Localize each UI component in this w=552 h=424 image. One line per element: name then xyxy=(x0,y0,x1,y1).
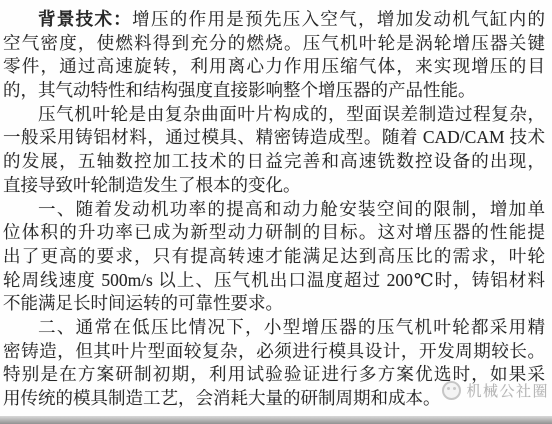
text-line: 的发展，五轴数控加工技术的日益完善和高速铣数控设备的出现， xyxy=(3,150,545,174)
text-line: 零件，通过高速旋转，利用离心力作用压缩气体，来实现增压的目 xyxy=(3,55,545,79)
section-heading: 背景技术： xyxy=(38,9,132,29)
text-line: 轮周线速度 500m/s 以上、压气机出口温度超过 200℃时，铸铝材料 xyxy=(3,269,545,293)
text-line: 直接导致叶轮制造发生了根本的变化。 xyxy=(3,174,545,198)
text-line: 压气机叶轮是由复杂曲面叶片构成的，型面误差制造过程复杂， xyxy=(3,103,545,127)
watermark-label: 机械公社圈 xyxy=(466,380,549,401)
text-line: 位体积的升功率已成为新型动力研制的目标。这对增压器的性能提 xyxy=(3,221,545,245)
text-line: 密铸造，但其叶片型面较复杂，必须进行模具设计，开发周期较长。 xyxy=(3,340,545,364)
document-body-text: 背景技术：增压的作用是预先压入空气，增加发动机气缸内的空气密度，使燃料得到充分的… xyxy=(3,8,545,411)
watermark-logo-icon xyxy=(442,381,461,400)
watermark: 机械公社圈 xyxy=(442,380,549,401)
text-line: 不能满足长时间运转的可靠性要求。 xyxy=(3,292,545,316)
text-line: 出了更高的要求，只有提高转速才能满足达到高压比的需求，叶轮 xyxy=(3,245,545,269)
text-line: 空气密度，使燃料得到充分的燃烧。压气机叶轮是涡轮增压器关键 xyxy=(3,32,545,56)
text-line: 一般采用铸铝材料，通过模具、精密铸造成型。随着 CAD/CAM 技术 xyxy=(3,126,545,150)
text-line: 背景技术：增压的作用是预先压入空气，增加发动机气缸内的 xyxy=(3,8,545,32)
page-bottom-edge xyxy=(0,416,552,424)
text-line: 二、通常在低压比情况下，小型增压器的压气机叶轮都采用精 xyxy=(3,316,545,340)
text-line: 一、随着发动机功率的提高和动力舱安装空间的限制，增加单 xyxy=(3,198,545,222)
document-page: 背景技术：增压的作用是预先压入空气，增加发动机气缸内的空气密度，使燃料得到充分的… xyxy=(0,0,552,424)
text-line: 的，其气动特性和结构强度直接影响整个增压器的产品性能。 xyxy=(3,79,545,103)
